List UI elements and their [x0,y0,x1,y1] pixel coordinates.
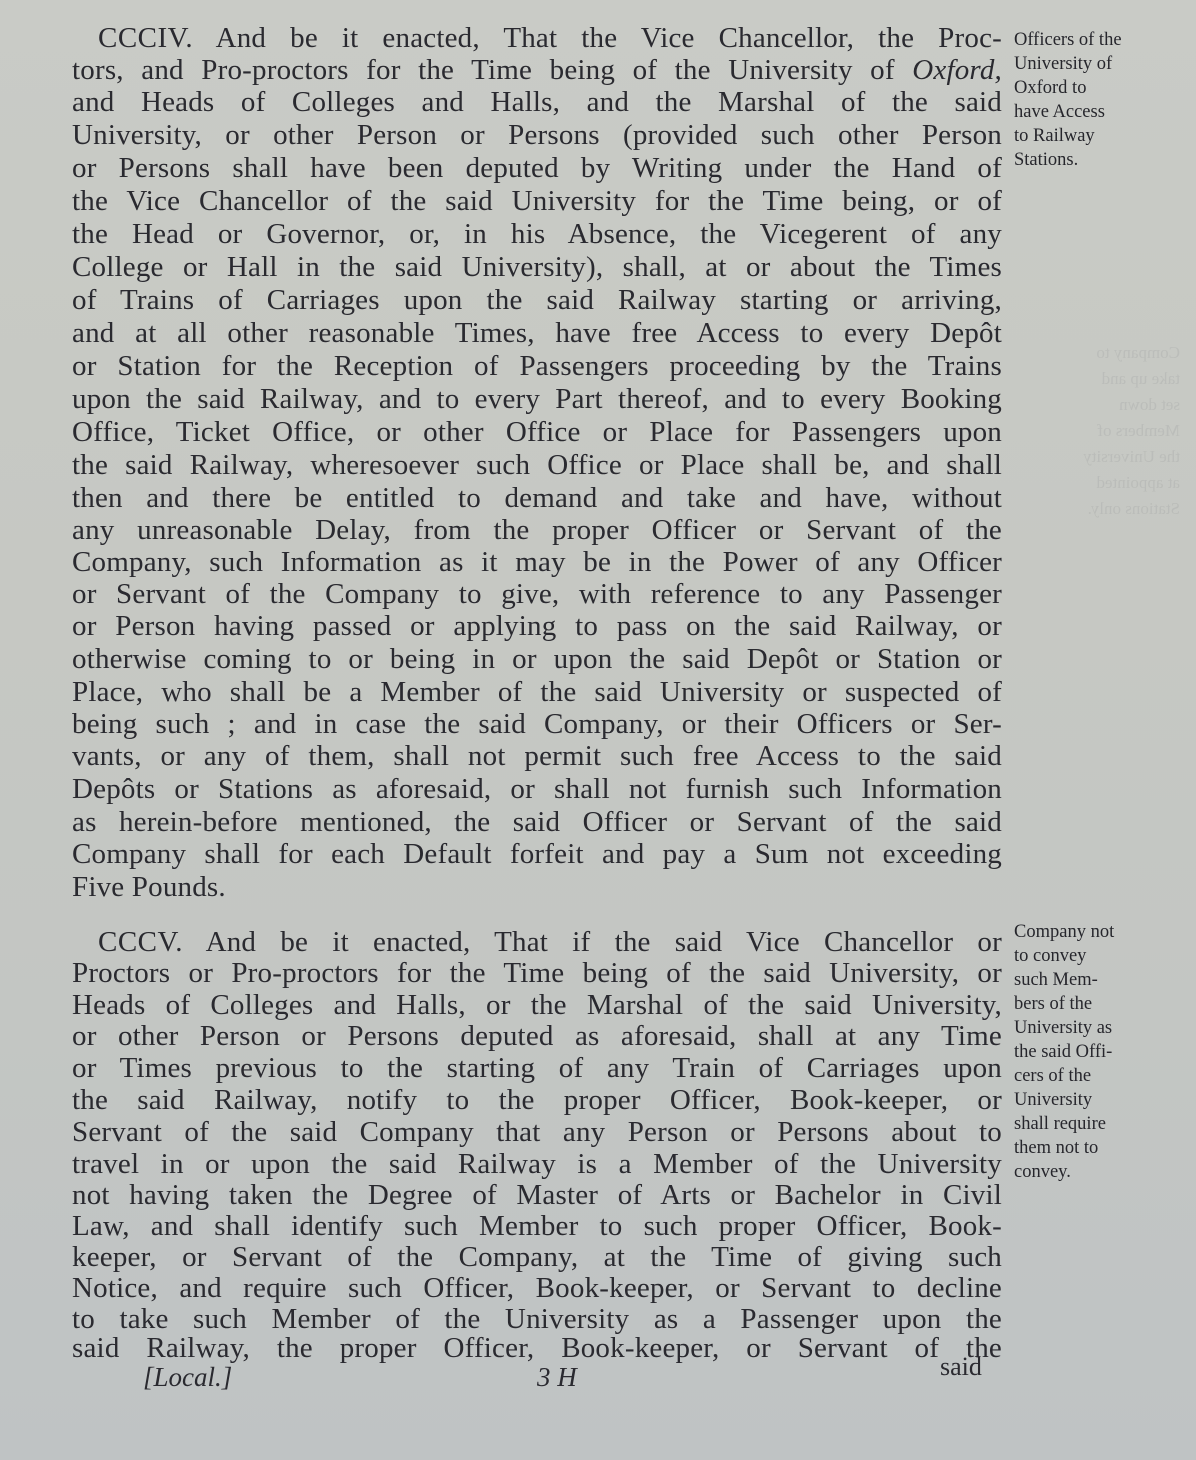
text-line: tors, and Pro-proctors for the Time bein… [72,54,1002,87]
text-line: or Persons shall have been deputed by Wr… [72,152,1002,185]
marginal-line: such Mem- [1014,968,1164,992]
bleed-through-line: the University [1030,444,1180,470]
text-line: Company, such Information as it may be i… [72,546,1002,579]
text-line: or Servant of the Company to give, with … [72,578,1002,611]
signature-mark: [Local.] [143,1362,232,1393]
marginal-note-cccIV: Officers of the University of Oxford to … [1014,28,1164,172]
book-page: Company to take up and set down Members … [0,0,1196,1460]
text-line: and at all other reasonable Times, have … [72,317,1002,350]
text-line: Law, and shall identify such Member to s… [72,1210,1002,1243]
text-line: or Person having passed or applying to p… [72,610,1002,643]
bleed-through-line: take up and [1030,366,1180,392]
marginal-line: Stations. [1014,148,1164,172]
text-line: Five Pounds. [72,871,1002,904]
text-line: vants, or any of them, shall not permit … [72,740,1002,773]
text-line: and Heads of Colleges and Halls, and the… [72,86,1002,119]
bleed-through-line: at appointed [1030,470,1180,496]
text-line: said Railway, the proper Officer, Book-k… [72,1332,1002,1365]
marginal-line: have Access [1014,100,1164,124]
marginal-line: University as [1014,1016,1164,1040]
line-text: And be it enacted, That the Vice Chancel… [216,22,1002,54]
text-line: or Times previous to the starting of any… [72,1052,1002,1085]
gathering-mark: 3 H [537,1362,577,1393]
text-line: the said Railway, wheresoever such Offic… [72,449,1002,482]
text-line: the said Railway, notify to the proper O… [72,1084,1002,1117]
text-line: keeper, or Servant of the Company, at th… [72,1241,1002,1274]
marginal-line: shall require [1014,1112,1164,1136]
bleed-through-line: Company to [1030,340,1180,366]
text-line: the Vice Chancellor of the said Universi… [72,185,1002,218]
text-line: Depôts or Stations as aforesaid, or shal… [72,773,1002,806]
marginal-line: them not to [1014,1136,1164,1160]
text-line: Office, Ticket Office, or other Office o… [72,416,1002,449]
line-text: And be it enacted, That if the said Vice… [206,926,1002,958]
marginal-line: to Railway [1014,124,1164,148]
italic-place-name: Oxford, [912,54,1002,86]
text-line: Notice, and require such Officer, Book-k… [72,1272,1002,1305]
text-line: CCCIV. And be it enacted, That the Vice … [98,22,1002,55]
marginal-line: Officers of the [1014,28,1164,52]
text-line: Servant of the said Company that any Per… [72,1116,1002,1149]
text-line: not having taken the Degree of Master of… [72,1179,1002,1212]
marginal-line: bers of the [1014,992,1164,1016]
bleed-through-line: set down [1030,392,1180,418]
text-line: College or Hall in the said University),… [72,251,1002,284]
text-line: otherwise coming to or being in or upon … [72,643,1002,676]
text-line: travel in or upon the said Railway is a … [72,1148,1002,1181]
section-number: CCCV. [98,926,183,958]
marginal-line: Company not [1014,920,1164,944]
text-line: University, or other Person or Persons (… [72,119,1002,152]
marginal-line: Oxford to [1014,76,1164,100]
bleed-through-line: Members of [1030,418,1180,444]
line-text: tors, and Pro-proctors for the Time bein… [72,54,895,86]
text-line: of Trains of Carriages upon the said Rai… [72,284,1002,317]
bleed-through-text: Company to take up and set down Members … [1030,340,1180,522]
text-line: Place, who shall be a Member of the said… [72,676,1002,709]
catchword: said [940,1352,982,1382]
marginal-line: the said Offi- [1014,1040,1164,1064]
marginal-line: University [1014,1088,1164,1112]
marginal-line: University of [1014,52,1164,76]
text-line: Company shall for each Default forfeit a… [72,838,1002,871]
text-line: upon the said Railway, and to every Part… [72,383,1002,416]
text-line: Heads of Colleges and Halls, or the Mars… [72,989,1002,1022]
marginal-note-cccV: Company not to convey such Mem- bers of … [1014,920,1164,1184]
text-line: CCCV. And be it enacted, That if the sai… [98,926,1002,959]
marginal-line: convey. [1014,1160,1164,1184]
section-number: CCCIV. [98,22,193,54]
text-line: or other Person or Persons deputed as af… [72,1020,1002,1053]
text-line: Proctors or Pro-proctors for the Time be… [72,957,1002,990]
text-line: any unreasonable Delay, from the proper … [72,514,1002,547]
text-line: being such ; and in case the said Compan… [72,708,1002,741]
text-line: or Station for the Reception of Passenge… [72,350,1002,383]
text-line: the Head or Governor, or, in his Absence… [72,218,1002,251]
bleed-through-line: Stations only. [1030,496,1180,522]
marginal-line: to convey [1014,944,1164,968]
marginal-line: cers of the [1014,1064,1164,1088]
text-line: then and there be entitled to demand and… [72,482,1002,515]
text-line: as herein-before mentioned, the said Off… [72,806,1002,839]
